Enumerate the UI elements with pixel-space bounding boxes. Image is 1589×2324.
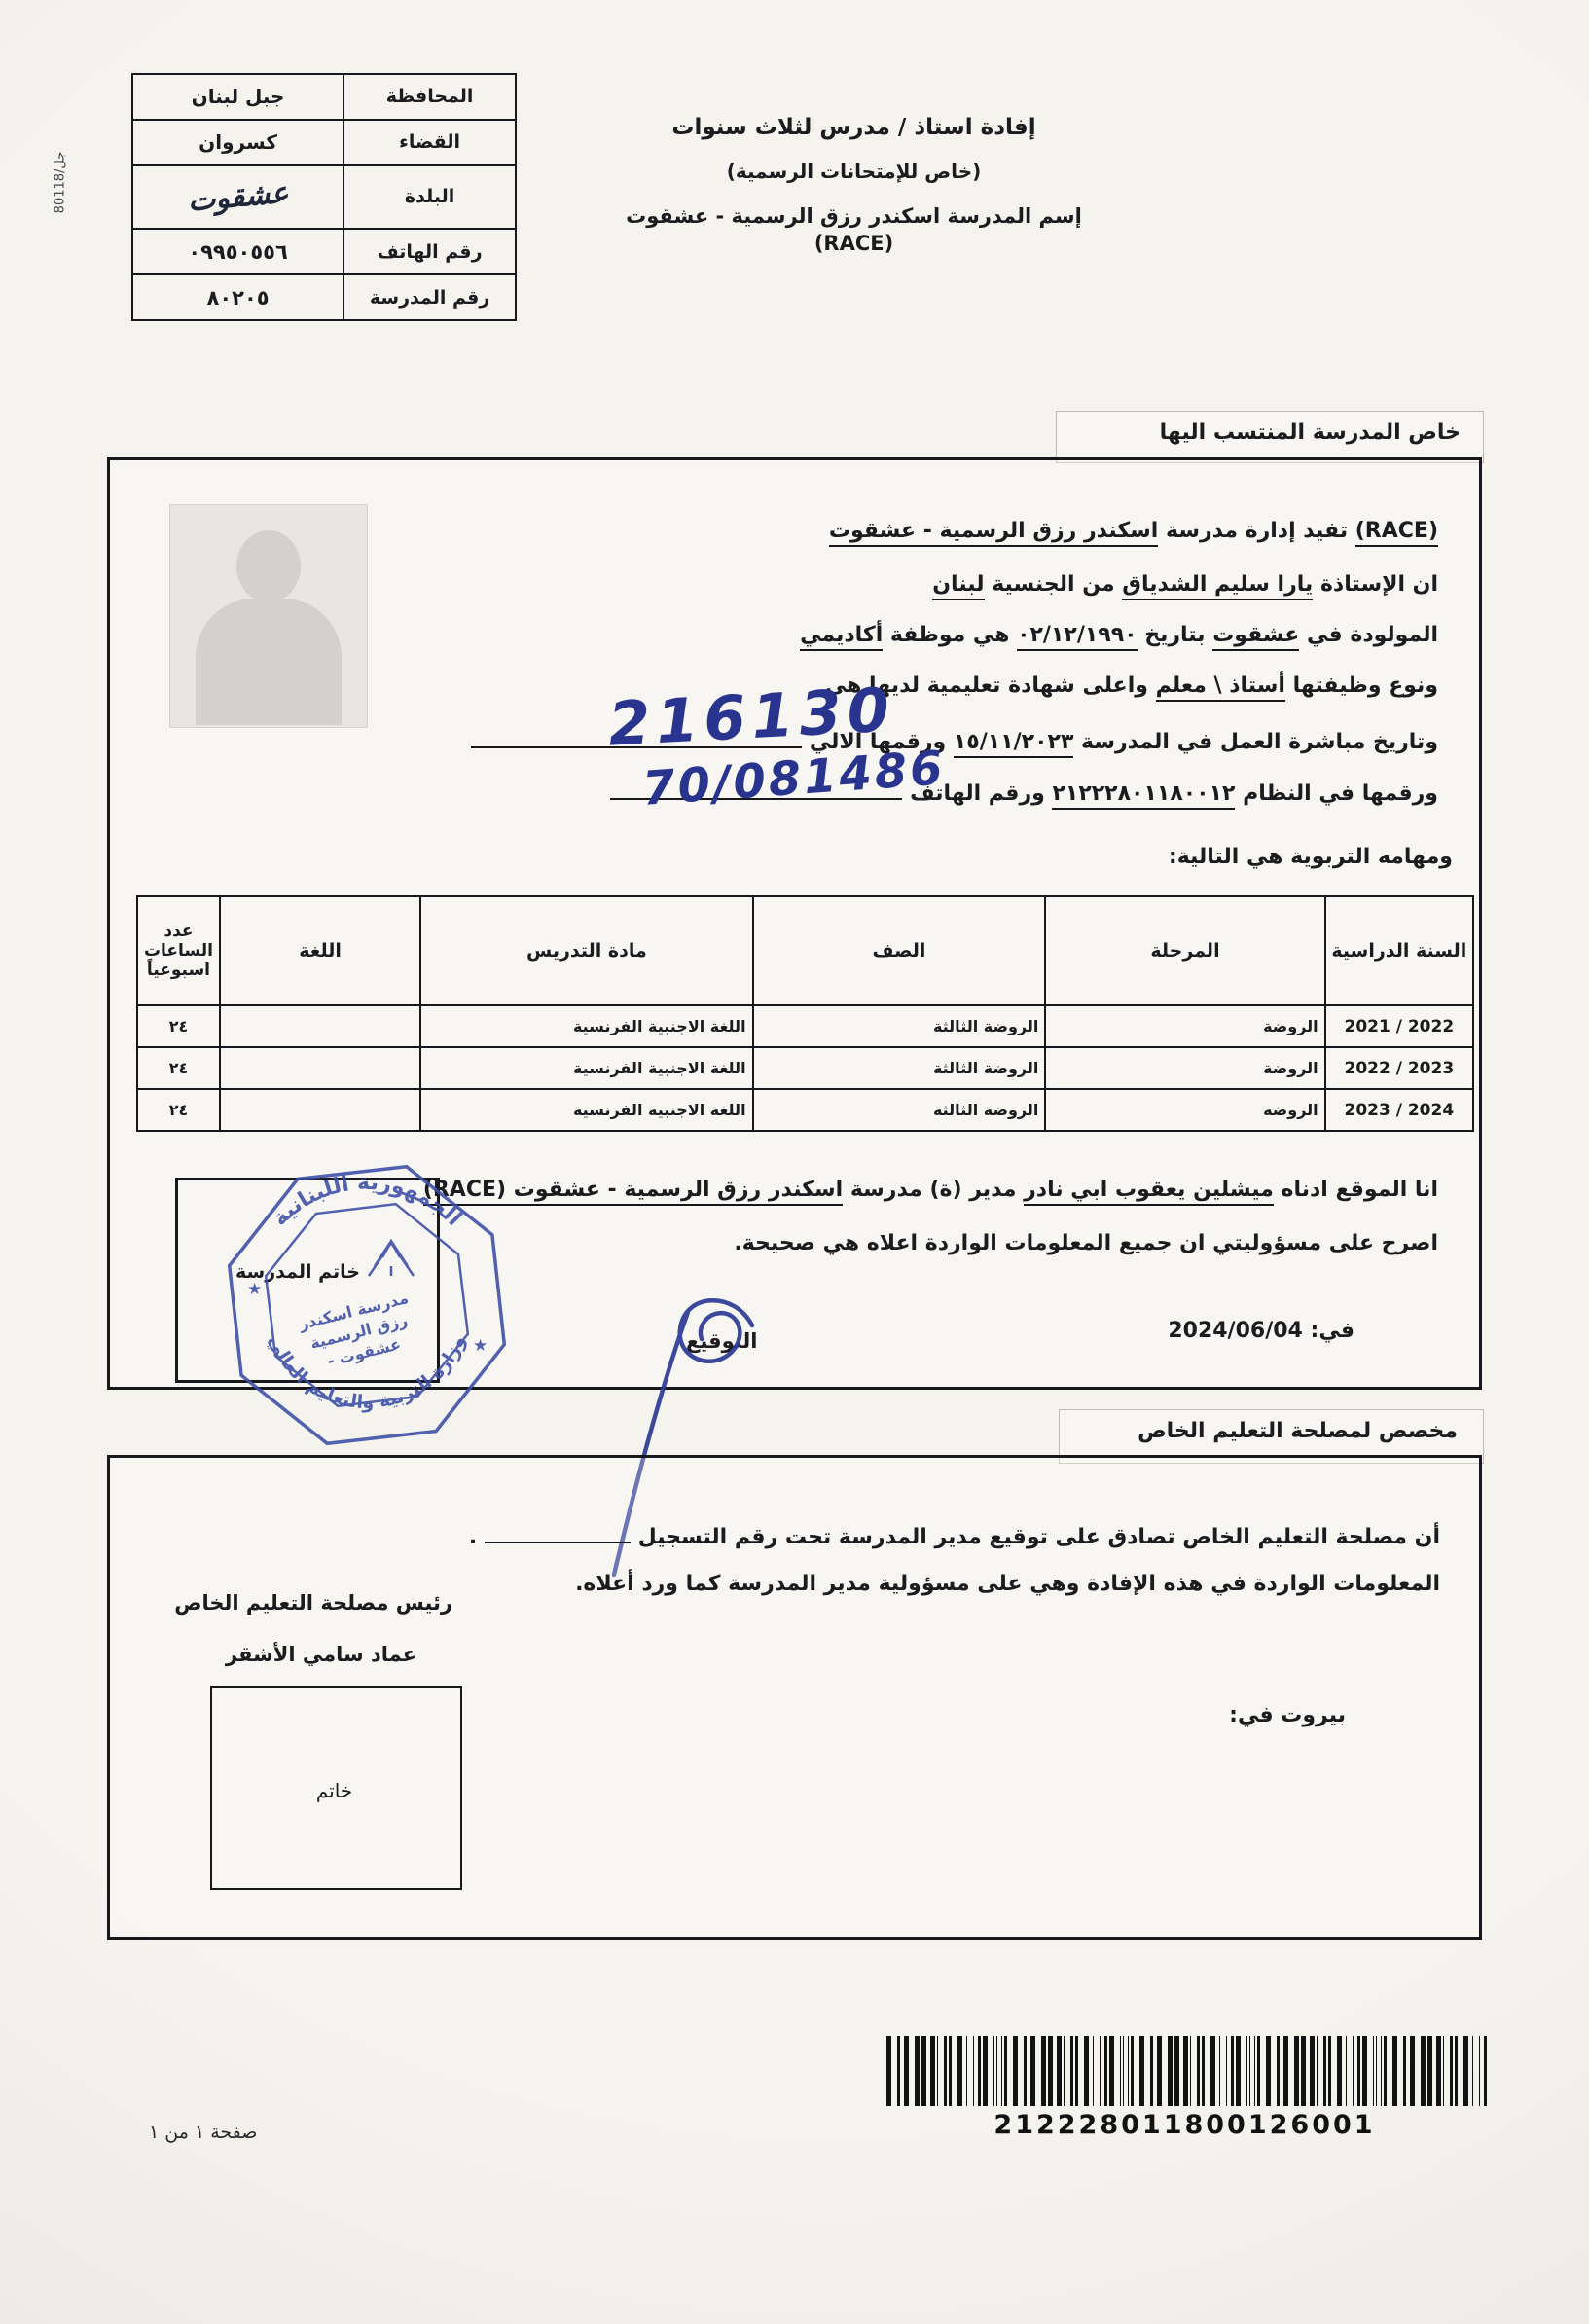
declaration-line-2: اصرح على مسؤوليتي ان جميع المعلومات الوا…: [734, 1231, 1438, 1255]
table-row: المحافظة جبل لبنان: [132, 74, 516, 120]
hours-cell: ٢٤: [137, 1005, 220, 1047]
race-abbrev: (RACE): [1355, 519, 1438, 547]
svg-text:★: ★: [473, 1336, 488, 1356]
registration-number-blank: [485, 1520, 631, 1543]
district-value: كسروان: [132, 120, 343, 165]
declaration-date: في: 2024/06/04: [1168, 1319, 1354, 1343]
beirut-date-label: بيروت في:: [1229, 1703, 1346, 1727]
class-cell: الروضة الثالثة: [753, 1089, 1046, 1131]
town-label: البلدة: [343, 165, 516, 229]
class-cell: الروضة الثالثة: [753, 1047, 1046, 1089]
school-number-label: رقم المدرسة: [343, 274, 516, 320]
year-cell: 2022 / 2023: [1325, 1047, 1473, 1089]
col-school-year: السنة الدراسية: [1325, 896, 1473, 1005]
chief-stamp-label: خاتم: [210, 1779, 458, 1802]
birth-date: ٠٢/١٢/١٩٩٠: [1017, 623, 1138, 651]
declaration-line-1: انا الموقع ادناه ميشلين يعقوب ابي نادر م…: [423, 1178, 1438, 1202]
body-line-4: ونوع وظيفتها أستاذ \ معلم واعلى شهادة تع…: [825, 673, 1438, 698]
language-cell: [220, 1005, 420, 1047]
governorate-value: جبل لبنان: [132, 74, 343, 120]
duties-row-1: 2021 / 2022 الروضة الروضة الثالثة اللغة …: [137, 1005, 1473, 1047]
title-line-1: إفادة استاذ / مدرس لثلاث سنوات: [550, 115, 1158, 140]
title-line-4: (RACE): [550, 232, 1158, 255]
phone-value: ٠٩٩٥٠٥٥٦: [132, 229, 343, 274]
barcode-bars: [881, 2036, 1489, 2106]
teacher-name: يارا سليم الشدياق: [1122, 572, 1313, 600]
phone-label: رقم الهاتف: [343, 229, 516, 274]
table-row: البلدة عشقوت: [132, 165, 516, 229]
duties-row-2: 2022 / 2023 الروضة الروضة الثالثة اللغة …: [137, 1047, 1473, 1089]
page-footer: صفحة ١ من ١: [149, 2122, 257, 2143]
stage-cell: الروضة: [1045, 1089, 1324, 1131]
employee-type: أكاديمي: [800, 623, 883, 651]
scanned-document: جل/80118 المحافظة جبل لبنان القضاء كسروا…: [0, 0, 1589, 2324]
private-ed-line-1: أن مصلحة التعليم الخاص تصادق على توقيع م…: [469, 1520, 1440, 1549]
class-cell: الروضة الثالثة: [753, 1005, 1046, 1047]
subject-cell: اللغة الاجنبية الفرنسية: [420, 1005, 752, 1047]
table-row: رقم المدرسة ٨٠٢٠٥: [132, 274, 516, 320]
chief-name: عماد سامي الأشقر: [190, 1643, 452, 1666]
subject-cell: اللغة الاجنبية الفرنسية: [420, 1047, 752, 1089]
language-cell: [220, 1047, 420, 1089]
school-number-value: ٨٠٢٠٥: [132, 274, 343, 320]
col-weekly-hours: عدد الساعات اسبوعياً: [137, 896, 220, 1005]
district-label: القضاء: [343, 120, 516, 165]
photo-placeholder: [169, 504, 368, 728]
year-cell: 2021 / 2022: [1325, 1005, 1473, 1047]
year-cell: 2023 / 2024: [1325, 1089, 1473, 1131]
duties-row-3: 2023 / 2024 الروضة الروضة الثالثة اللغة …: [137, 1089, 1473, 1131]
stage-cell: الروضة: [1045, 1005, 1324, 1047]
private-ed-line-2: المعلومات الواردة في هذه الإفادة وهي على…: [575, 1572, 1440, 1596]
subject-cell: اللغة الاجنبية الفرنسية: [420, 1089, 752, 1131]
town-value-handwritten: عشقوت: [132, 165, 343, 229]
body-line-3: المولودة في عشقوت بتاريخ ٠٢/١٢/١٩٩٠ هي م…: [800, 623, 1438, 647]
col-stage: المرحلة: [1045, 896, 1324, 1005]
title-line-3: إسم المدرسة اسكندر رزق الرسمية - عشقوت: [550, 204, 1158, 228]
governorate-label: المحافظة: [343, 74, 516, 120]
photo-silhouette-shoulders: [196, 599, 342, 725]
duties-heading: ومهامه التربوية هي التالية:: [1169, 845, 1453, 869]
cedar-icon: [369, 1241, 414, 1276]
margin-code: جل/80118: [53, 152, 67, 214]
col-language: اللغة: [220, 896, 420, 1005]
section1-heading: خاص المدرسة المنتسب اليها: [1160, 420, 1461, 445]
duties-table: السنة الدراسية المرحلة الصف مادة التدريس…: [136, 895, 1474, 1132]
stage-cell: الروضة: [1045, 1047, 1324, 1089]
job-type: أستاذ \ معلم: [1156, 673, 1285, 702]
header-info-table: المحافظة جبل لبنان القضاء كسروان البلدة …: [131, 73, 517, 321]
hours-cell: ٢٤: [137, 1047, 220, 1089]
principal-name: ميشلين يعقوب ابي نادر: [1024, 1178, 1274, 1206]
chief-title: رئيس مصلحة التعليم الخاص: [190, 1591, 452, 1615]
duties-header-row: السنة الدراسية المرحلة الصف مادة التدريس…: [137, 896, 1473, 1005]
school-name: اسكندر رزق الرسمية - عشقوت: [829, 519, 1158, 547]
birth-town: عشقوت: [1212, 623, 1299, 651]
body-line-2: ان الإستاذة يارا سليم الشدياق من الجنسية…: [932, 572, 1438, 597]
language-cell: [220, 1089, 420, 1131]
col-class: الصف: [753, 896, 1046, 1005]
barcode-number: 212228011800126001: [881, 2110, 1489, 2140]
work-start-date: ١٥/١١/٢٠٢٣: [954, 730, 1074, 758]
declaration-date-value: 2024/06/04: [1168, 1319, 1303, 1343]
table-row: رقم الهاتف ٠٩٩٥٠٥٥٦: [132, 229, 516, 274]
document-title-block: إفادة استاذ / مدرس لثلاث سنوات (خاص للإم…: [550, 115, 1158, 255]
ministry-stamp: الجمهورية اللبنانية وزارة التربية والتعل…: [212, 1148, 522, 1462]
title-line-2: (خاص للإمتحانات الرسمية): [550, 160, 1158, 183]
nationality: لبنان: [932, 572, 984, 600]
body-line-1: (RACE) تفيد إدارة مدرسة اسكندر رزق الرسم…: [829, 519, 1438, 543]
col-subject: مادة التدريس: [420, 896, 752, 1005]
declaration-school-name: اسكندر رزق الرسمية - عشقوت: [506, 1178, 843, 1206]
system-number: ٢١٢٢٢٨٠١١٨٠٠١٢: [1052, 781, 1235, 810]
hours-cell: ٢٤: [137, 1089, 220, 1131]
table-row: القضاء كسروان: [132, 120, 516, 165]
photo-silhouette-head: [236, 530, 301, 602]
svg-text:★: ★: [247, 1280, 262, 1299]
section2-heading: مخصص لمصلحة التعليم الخاص: [1138, 1419, 1458, 1443]
